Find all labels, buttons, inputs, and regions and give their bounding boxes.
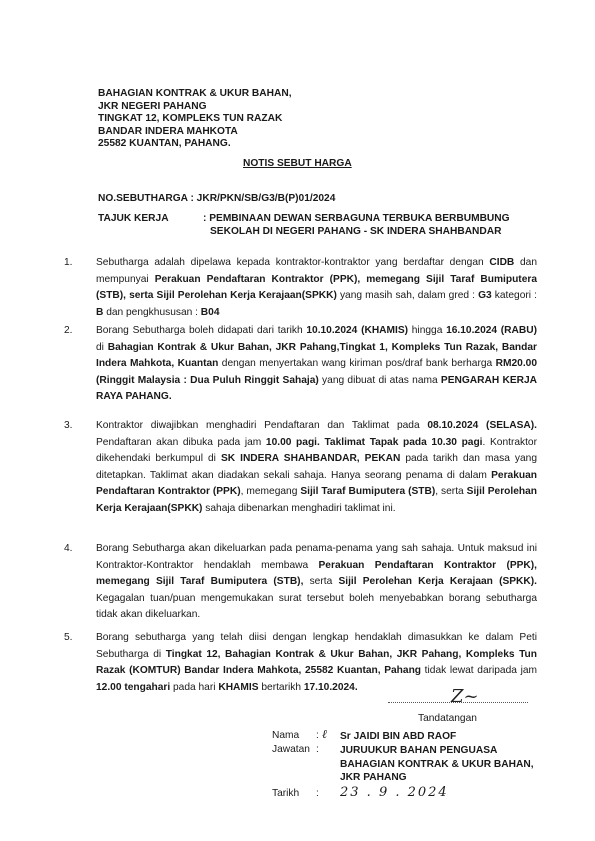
colon: :: [316, 730, 319, 741]
work-title-line: : PEMBINAAN DEWAN SERBAGUNA TERBUKA BERB…: [203, 213, 563, 226]
text: Sebutharga adalah dipelawa kepada kontra…: [96, 257, 489, 268]
work-title-line: SEKOLAH DI NEGERI PAHANG - SK INDERA SHA…: [203, 226, 563, 239]
text: bertarikh: [259, 682, 304, 693]
text: Kegagalan tuan/puan mengemukakan surat t…: [96, 593, 537, 621]
bold-text: 12.00 tengahari: [96, 682, 170, 693]
work-title-label: TAJUK KERJA: [98, 213, 169, 224]
bold-text: SK INDERA SHAHBANDAR, PEKAN: [221, 453, 400, 464]
work-title-value: : PEMBINAAN DEWAN SERBAGUNA TERBUKA BERB…: [203, 213, 563, 239]
item-number: 3.: [64, 420, 73, 431]
document-title: NOTIS SEBUT HARGA: [243, 158, 352, 169]
text: hingga: [408, 325, 446, 336]
quotation-reference: NO.SEBUTHARGA : JKR/PKN/SB/G3/B(P)01/202…: [98, 193, 335, 204]
text: Kontraktor diwajibkan menghadiri Pendaft…: [96, 420, 427, 431]
text: kategori :: [492, 290, 537, 301]
item-text: Borang Sebutharga boleh didapati dari ta…: [96, 323, 537, 406]
address-line: BANDAR INDERA MAHKOTA: [98, 126, 292, 139]
position-line: JKR PAHANG: [340, 771, 534, 785]
colon: :: [316, 788, 319, 799]
bold-text: KHAMIS: [218, 682, 258, 693]
item-number: 4.: [64, 543, 73, 554]
bold-text: 17.10.2024.: [304, 682, 358, 693]
signature-mark: Z~: [451, 686, 479, 707]
bold-text: CIDB: [489, 257, 514, 268]
signatory-name-label: Nama: [272, 730, 299, 741]
item-number: 2.: [64, 325, 73, 336]
signatory-name-value: Sr JAIDI BIN ABD RAOF: [340, 730, 456, 744]
sender-address: BAHAGIAN KONTRAK & UKUR BAHAN, JKR NEGER…: [98, 88, 292, 151]
bold-text: G3: [478, 290, 492, 301]
bold-text: Sijil Taraf Bumiputera (STB): [300, 486, 435, 497]
text: Borang Sebutharga boleh didapati dari ta…: [96, 325, 306, 336]
address-line: TINGKAT 12, KOMPLEKS TUN RAZAK: [98, 113, 292, 126]
bold-text: Sijil Perolehan Kerja Kerajaan (SPKK).: [338, 576, 537, 587]
bold-text: B04: [201, 307, 220, 318]
paraph-mark: ℓ: [322, 727, 327, 742]
item-number: 1.: [64, 257, 73, 268]
address-line: 25582 KUANTAN, PAHANG.: [98, 138, 292, 151]
position-value: JURUUKUR BAHAN PENGUASA BAHAGIAN KONTRAK…: [340, 744, 534, 785]
text: yang masih sah, dalam gred :: [337, 290, 478, 301]
reference-value: JKR/PKN/SB/G3/B(P)01/2024: [197, 193, 336, 204]
text: , memegang: [241, 486, 301, 497]
bold-text: 10.00 pagi. Taklimat Tapak pada 10.30 pa…: [266, 437, 483, 448]
bold-text: 08.10.2024 (SELASA).: [427, 420, 537, 431]
text: tidak lewat daripada jam: [421, 665, 537, 676]
text: di: [96, 342, 108, 353]
address-line: JKR NEGERI PAHANG: [98, 101, 292, 114]
text: yang dibuat di atas nama: [319, 375, 441, 386]
date-label: Tarikh: [272, 788, 299, 799]
address-line: BAHAGIAN KONTRAK & UKUR BAHAN,: [98, 88, 292, 101]
position-line: JURUUKUR BAHAN PENGUASA: [340, 744, 534, 758]
position-label: Jawatan: [272, 744, 310, 755]
date-value-handwritten: 23 . 9 . 2024: [340, 785, 449, 800]
signature-label: Tandatangan: [418, 713, 477, 724]
reference-label: NO.SEBUTHARGA :: [98, 193, 197, 204]
item-text: Kontraktor diwajibkan menghadiri Pendaft…: [96, 418, 537, 518]
colon: :: [316, 744, 319, 755]
text: serta: [303, 576, 338, 587]
position-line: BAHAGIAN KONTRAK & UKUR BAHAN,: [340, 758, 534, 772]
text: , serta: [435, 486, 466, 497]
item-number: 5.: [64, 632, 73, 643]
text: sahaja dibenarkan menghadiri taklimat in…: [202, 503, 395, 514]
item-text: Borang Sebutharga akan dikeluarkan pada …: [96, 541, 537, 624]
bold-text: 16.10.2024 (RABU): [446, 325, 537, 336]
item-text: Sebutharga adalah dipelawa kepada kontra…: [96, 255, 537, 321]
text: dan pengkhususan :: [103, 307, 200, 318]
text: dengan menyertakan wang kiriman pos/draf…: [218, 358, 495, 369]
text: Pendaftaran akan dibuka pada jam: [96, 437, 266, 448]
text: pada hari: [170, 682, 218, 693]
signature-dotted-line: [388, 702, 528, 703]
bold-text: 10.10.2024 (KHAMIS): [306, 325, 408, 336]
